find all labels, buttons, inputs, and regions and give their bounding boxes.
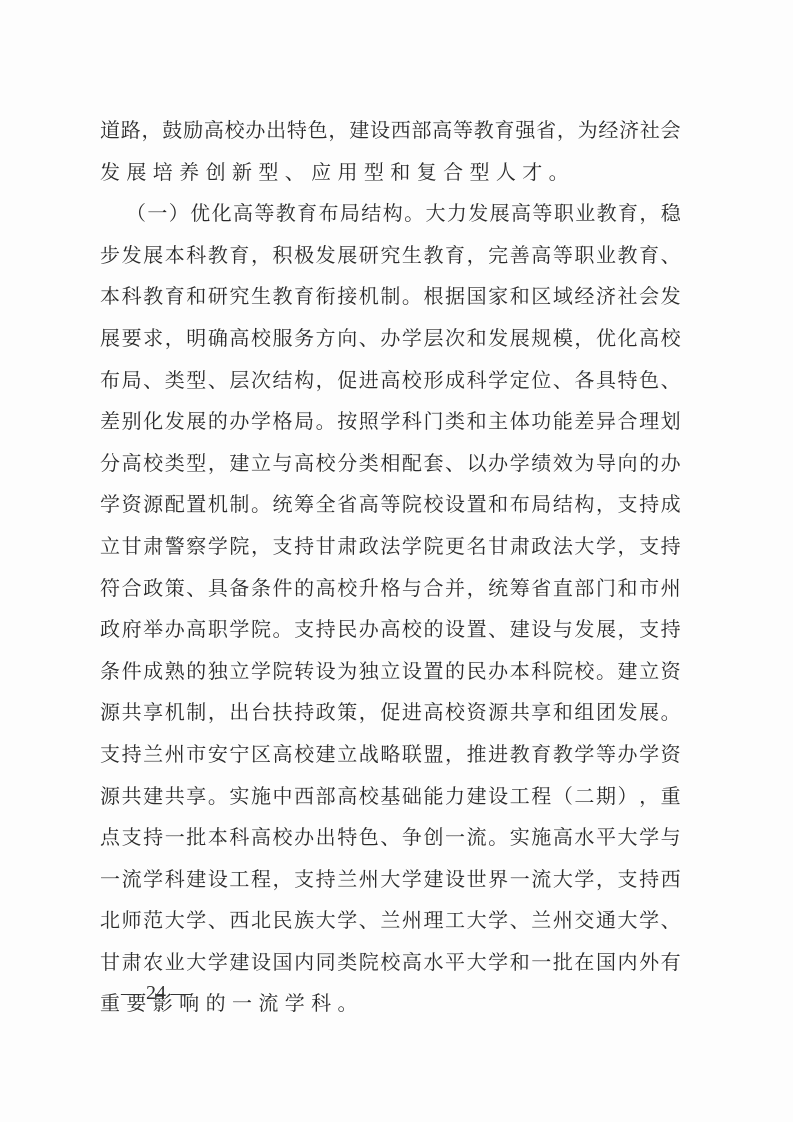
text-line: 立甘肃警察学院，支持甘肃政法学院更名甘肃政法大学，支持 [100, 526, 681, 568]
text-line: 源共建共享。实施中西部高校基础能力建设工程（二期），重 [100, 776, 681, 818]
text-line: 源共享机制，出台扶持政策，促进高校资源共享和组团发展。 [100, 692, 681, 734]
text-line: 道路，鼓励高校办出特色，建设西部高等教育强省，为经济社会 [100, 110, 681, 152]
text-line: 符合政策、具备条件的高校升格与合并，统筹省直部门和市州 [100, 568, 681, 610]
text-line: 布局、类型、层次结构，促进高校形成科学定位、各具特色、 [100, 360, 681, 402]
text-line: 支持兰州市安宁区高校建立战略联盟，推进教育教学等办学资 [100, 734, 681, 776]
text-line: 点支持一批本科高校办出特色、争创一流。实施高水平大学与 [100, 817, 681, 859]
text-line: 分高校类型，建立与高校分类相配套、以办学绩效为导向的办 [100, 443, 681, 485]
text-line: 一流学科建设工程，支持兰州大学建设世界一流大学，支持西 [100, 859, 681, 901]
page-number: — 24 — [121, 982, 191, 1005]
section-heading-line: （一）优化高等教育布局结构。大力发展高等职业教育，稳 [100, 193, 681, 235]
text-line: 步发展本科教育，积极发展研究生教育，完善高等职业教育、 [100, 235, 681, 277]
text-line: 条件成熟的独立学院转设为独立设置的民办本科院校。建立资 [100, 651, 681, 693]
text-line: 差别化发展的办学格局。按照学科门类和主体功能差异合理划 [100, 401, 681, 443]
text-line: 展要求，明确高校服务方向、办学层次和发展规模，优化高校 [100, 318, 681, 360]
text-line: 甘肃农业大学建设国内同类院校高水平大学和一批在国内外有 [100, 942, 681, 984]
text-line: 学资源配置机制。统筹全省高等院校设置和布局结构，支持成 [100, 484, 681, 526]
text-line: 本科教育和研究生教育衔接机制。根据国家和区域经济社会发 [100, 276, 681, 318]
text-line: 政府举办高职学院。支持民办高校的设置、建设与发展，支持 [100, 609, 681, 651]
text-line: 北师范大学、西北民族大学、兰州理工大学、兰州交通大学、 [100, 900, 681, 942]
document-page: 道路，鼓励高校办出特色，建设西部高等教育强省，为经济社会 发展培养创新型、应用型… [100, 110, 681, 1025]
text-line: 发展培养创新型、应用型和复合型人才。 [100, 152, 681, 194]
